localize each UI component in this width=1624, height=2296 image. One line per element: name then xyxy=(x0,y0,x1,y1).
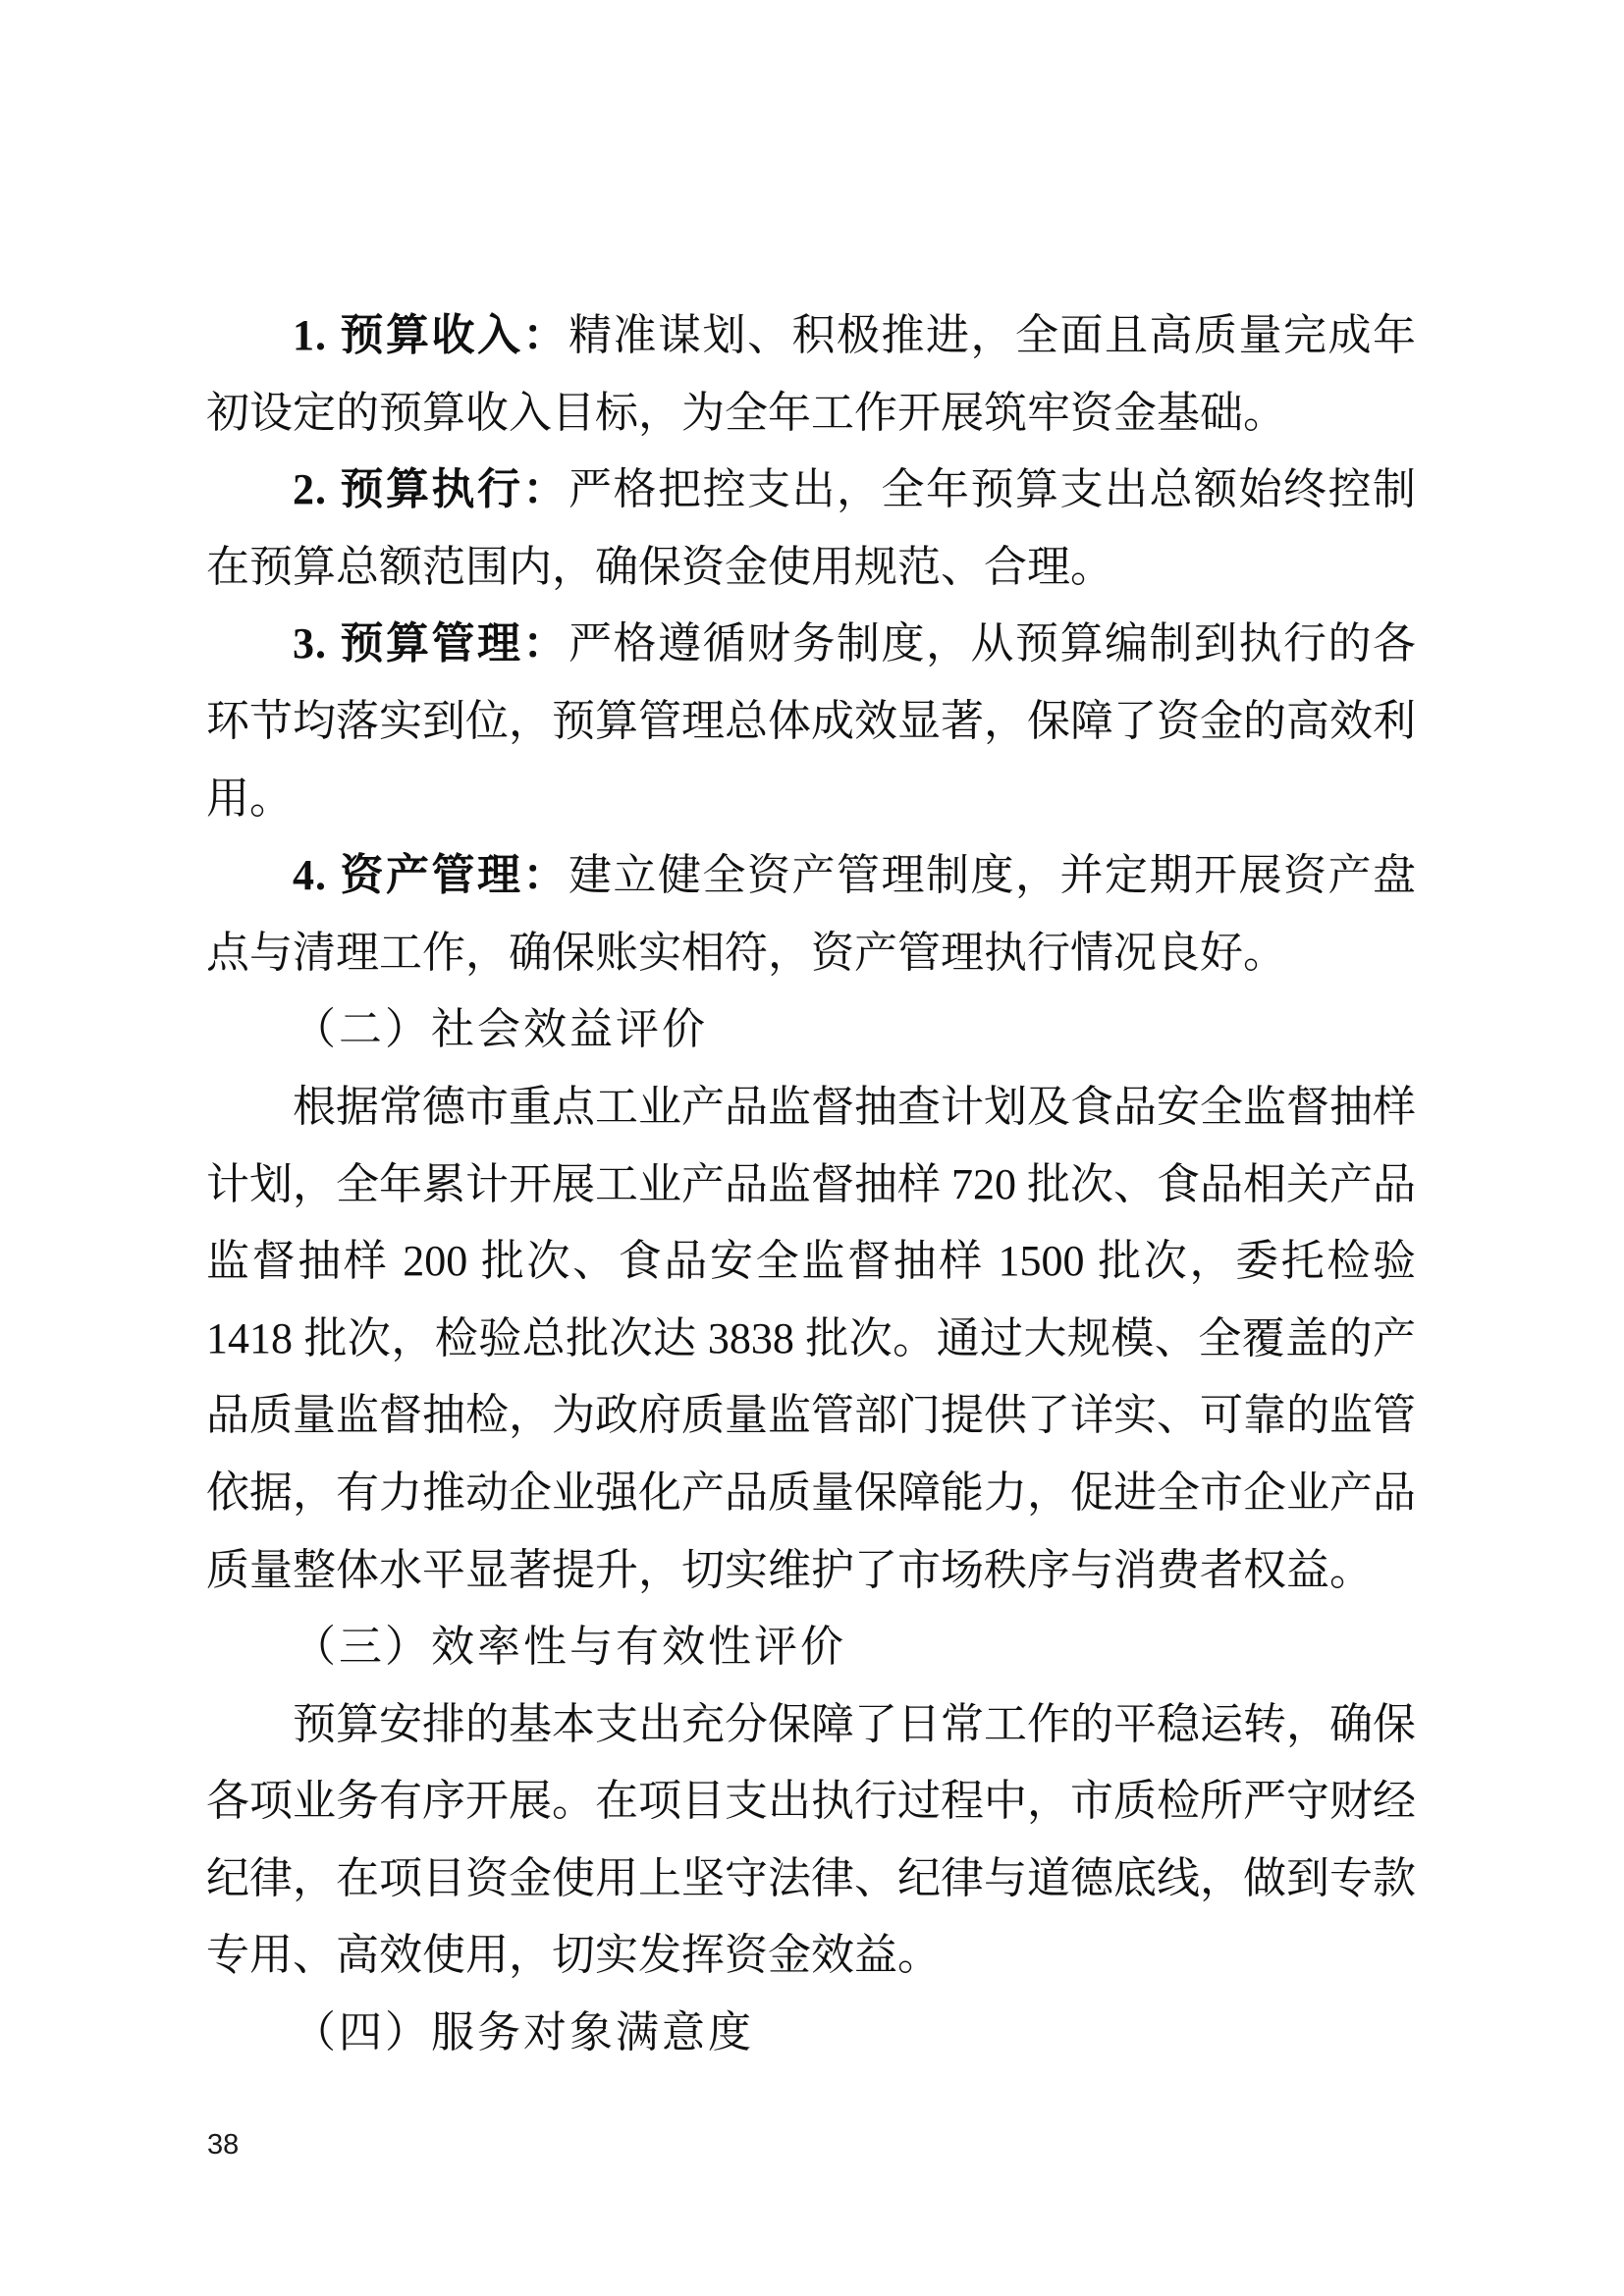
numbered-paragraph-budget-income: 1. 预算收入：精准谋划、积极推进，全面且高质量完成年初设定的预算收入目标，为全… xyxy=(206,297,1416,452)
section-heading-service-satisfaction: （四）服务对象满意度 xyxy=(206,1995,1416,2072)
paragraph-label: 4. 资产管理： xyxy=(293,851,568,899)
paragraph-label: 2. 预算执行： xyxy=(293,465,568,513)
numbered-paragraph-budget-management: 3. 预算管理：严格遵循财务制度，从预算编制到执行的各环节均落实到位，预算管理总… xyxy=(206,606,1416,837)
section-heading-efficiency-effectiveness: （三）效率性与有效性评价 xyxy=(206,1609,1416,1686)
body-paragraph-budget-discipline: 预算安排的基本支出充分保障了日常工作的平稳运转，确保各项业务有序开展。在项目支出… xyxy=(206,1686,1416,1995)
numbered-paragraph-budget-execution: 2. 预算执行：严格把控支出，全年预算支出总额始终控制在预算总额范围内，确保资金… xyxy=(206,452,1416,606)
document-page: 1. 预算收入：精准谋划、积极推进，全面且高质量完成年初设定的预算收入目标，为全… xyxy=(0,0,1624,2296)
body-paragraph-sampling-stats: 根据常德市重点工业产品监督抽查计划及食品安全监督抽样计划，全年累计开展工业产品监… xyxy=(206,1069,1416,1609)
paragraph-label: 1. 预算收入： xyxy=(293,311,568,359)
section-heading-social-benefit: （二）社会效益评价 xyxy=(206,991,1416,1069)
page-number: 38 xyxy=(207,2128,239,2162)
paragraph-label: 3. 预算管理： xyxy=(293,619,568,667)
numbered-paragraph-asset-management: 4. 资产管理：建立健全资产管理制度，并定期开展资产盘点与清理工作，确保账实相符… xyxy=(206,837,1416,991)
document-body: 1. 预算收入：精准谋划、积极推进，全面且高质量完成年初设定的预算收入目标，为全… xyxy=(206,297,1416,2072)
